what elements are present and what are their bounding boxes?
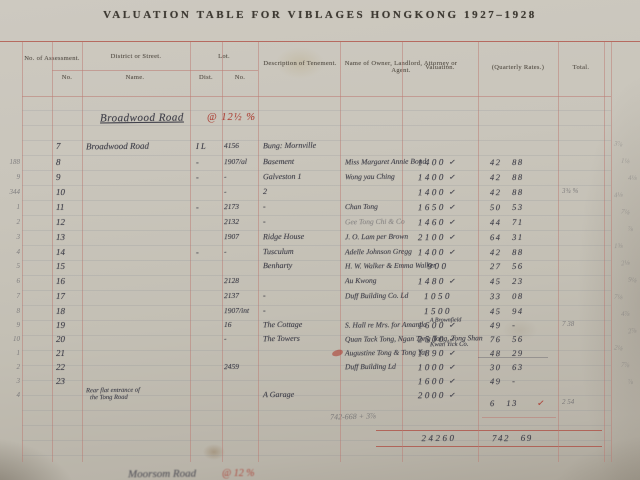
cell-valuation: 1890✓	[408, 348, 468, 359]
cell-lot-dist: -	[196, 157, 199, 167]
cell-quarterly-rate: 44 71	[490, 217, 524, 227]
tick-mark: ✓	[448, 276, 458, 286]
cell-quarterly-rate: 49 -	[490, 376, 517, 386]
cell-description: 2	[263, 187, 267, 196]
cell-description: -	[263, 291, 266, 300]
top-red-rule	[0, 41, 640, 42]
ledger-line	[22, 125, 611, 126]
margin-pencil-fraction: 4⅛	[628, 174, 637, 182]
cell-total-pencil: 7 38	[562, 320, 574, 328]
cell-description: Galveston 1	[263, 172, 302, 181]
col-header-lot-group: Lot.	[190, 53, 258, 60]
cell-assessment-no: 9	[2, 173, 20, 181]
cell-street-name-2: the Tong Road	[90, 394, 128, 401]
margin-pencil-fraction: 7⅛	[620, 207, 630, 216]
cell-lot-dist: -	[196, 247, 199, 257]
cell-street-no: 23	[56, 376, 65, 386]
cell-quarterly-rate: 48 29	[490, 348, 524, 358]
col-header-valuation: Valuation.	[402, 64, 478, 71]
cell-owner-name: Gee Tong Chi & Co	[345, 217, 405, 227]
cell-assessment-no: 3	[2, 233, 20, 241]
cell-valuation: 1400✓	[408, 172, 468, 183]
cell-street-no: 17	[56, 291, 65, 301]
cell-valuation: 1500	[408, 306, 468, 317]
column-rule	[82, 42, 83, 462]
cell-street-no: 19	[56, 320, 65, 330]
margin-pencil-fraction: ⅞	[628, 378, 634, 386]
tick-mark: ✓	[448, 217, 458, 227]
cell-assessment-no: 3	[2, 377, 20, 385]
cell-valuation: 1600✓	[408, 376, 468, 387]
cell-lot-no: 2137	[224, 291, 239, 300]
column-rule	[222, 42, 223, 462]
cell-quarterly-rate: 42 88	[490, 157, 524, 167]
cell-lot-dist: -	[196, 202, 199, 212]
ledger-line	[22, 410, 611, 411]
tick-mark: ✓	[448, 348, 458, 358]
cell-valuation: 1600✓	[408, 320, 468, 331]
col-header-district-name: Name.	[100, 74, 170, 81]
cell-description: The Towers	[263, 334, 300, 343]
cell-quarterly-rate: 45 94	[490, 306, 524, 316]
section-street-heading: Broadwood Road	[100, 112, 184, 125]
header-bottom-rule	[22, 96, 611, 97]
margin-pencil-fraction: 4⅞	[621, 310, 630, 318]
column-rule	[52, 42, 53, 462]
cell-street-no: 21	[56, 348, 65, 358]
col-header-lot-no: No.	[222, 74, 258, 81]
footer-street-heading: Moorsom Road	[128, 468, 196, 480]
cell-valuation: 1460✓	[408, 217, 468, 228]
ledger-line	[22, 380, 611, 381]
cell-valuation: 2500✓	[408, 334, 468, 345]
cell-lot-no: 1907/int	[224, 306, 249, 315]
cell-assessment-no: 344	[2, 188, 20, 196]
column-rule	[340, 42, 341, 462]
cell-owner-name: Au Kwong	[345, 276, 377, 285]
cell-assessment-no: 4	[2, 248, 20, 256]
cell-description: A Garage	[263, 390, 294, 399]
cell-quarterly-rate: 49 -	[490, 320, 517, 330]
cell-valuation: 1400✓	[408, 187, 468, 198]
cell-owner-name: Duff Building Co. Ld	[345, 291, 408, 301]
cell-assessment-no: 7	[2, 292, 20, 300]
cell-quarterly-rate: 50 53	[490, 202, 524, 212]
cell-lot-no: 2128	[224, 276, 239, 285]
cell-street-no: 20	[56, 334, 65, 344]
cell-description: -	[263, 217, 266, 226]
tick-mark: ✓	[448, 187, 458, 197]
cell-lot-no: -	[224, 247, 227, 256]
cell-lot-no: -	[224, 187, 227, 196]
cell-valuation: 1050	[408, 291, 468, 302]
cell-valuation: 900	[408, 261, 468, 272]
cell-street-name: Broadwood Road	[86, 141, 149, 152]
cell-assessment-no: 9	[2, 321, 20, 329]
cell-description: Bung: Mornville	[263, 141, 316, 151]
margin-pencil-fraction: 7⅛	[614, 293, 623, 301]
cell-assessment-no: 10	[2, 335, 20, 343]
red-tick-mark: ✓	[536, 398, 545, 410]
cell-lot-no: -	[224, 334, 227, 343]
margin-pencil-fraction: 2⅞	[628, 326, 638, 335]
cell-lot-no: 16	[224, 320, 232, 329]
cell-description: The Cottage	[263, 320, 302, 329]
cell-valuation: 1000✓	[408, 362, 468, 373]
cell-lot-no: -	[224, 172, 227, 181]
column-rule	[604, 42, 605, 462]
totals-rates: 742 69	[492, 433, 533, 443]
page-title: VALUATION TABLE FOR VIBLAGES HONGKONG 19…	[0, 9, 640, 21]
section-rate-note: @ 12½ %	[207, 112, 256, 123]
cell-valuation: 2000✓	[408, 390, 468, 401]
cell-total-pencil: 3¾ %	[562, 187, 578, 195]
cell-lot-no: 4156	[224, 141, 239, 150]
cell-description: Ridge House	[263, 232, 304, 241]
cell-assessment-no: 2	[2, 218, 20, 226]
margin-pencil-fraction: 1⅛	[621, 157, 630, 165]
cell-assessment-no: 5	[2, 262, 20, 270]
cell-lot-dist: -	[196, 172, 199, 182]
margin-pencil-fraction: ⅞	[628, 225, 634, 233]
cell-description: -	[263, 202, 266, 211]
cell-quarterly-rate: 42 88	[490, 172, 524, 182]
col-header-district-no: No.	[52, 74, 82, 81]
cell-description: -	[263, 306, 266, 315]
ledger-line	[22, 425, 611, 426]
ledger-page-photo: VALUATION TABLE FOR VIBLAGES HONGKONG 19…	[0, 0, 640, 480]
totals-valuation: 24260	[404, 433, 474, 444]
margin-pencil-fraction: 1⅜	[614, 242, 623, 250]
cell-valuation: 1400✓	[408, 247, 468, 258]
col-header-district-group: District or Street.	[82, 53, 190, 60]
cell-owner-name: J. O. Lam per Brown	[345, 232, 408, 242]
tick-mark: ✓	[448, 320, 458, 330]
margin-pencil-fraction: 3⅞	[613, 139, 623, 148]
garage-rate-rule	[482, 417, 556, 418]
cell-lot-no: 1907/al	[224, 157, 247, 166]
col-header-rates: (Quarterly Rates.)	[478, 64, 558, 71]
tick-mark: ✓	[448, 202, 458, 212]
ledger-line	[22, 110, 611, 111]
cell-street-no: 8	[56, 157, 61, 167]
cell-valuation: 1480✓	[408, 276, 468, 287]
cell-quarterly-rate: 45 23	[490, 276, 524, 286]
cell-quarterly-rate: 42 88	[490, 187, 524, 197]
cell-assessment-no: 2	[2, 363, 20, 371]
cell-quarterly-rate: 6 13	[490, 398, 518, 408]
cell-quarterly-rate: 30 63	[490, 362, 524, 372]
ledger-line	[22, 455, 611, 456]
cell-description: Benharty	[263, 261, 292, 270]
cell-assessment-no: 188	[2, 158, 20, 166]
cell-street-no: 10	[56, 187, 65, 197]
cell-street-no: 11	[56, 202, 64, 212]
cell-street-no: 14	[56, 247, 65, 257]
cell-assessment-no: 8	[2, 307, 20, 315]
tick-mark: ✓	[448, 376, 458, 386]
cell-quarterly-rate: 27 56	[490, 261, 524, 271]
column-rule	[22, 42, 23, 462]
tick-mark: ✓	[448, 334, 458, 344]
col-header-total: Total.	[558, 64, 604, 71]
cell-lot-no: 2459	[224, 362, 239, 371]
tick-mark: ✓	[448, 390, 458, 400]
margin-pencil-fraction: 2⅛	[621, 258, 631, 267]
ledger-line	[22, 440, 611, 441]
column-rule	[190, 42, 191, 462]
pencil-working-note: 742-668 + 3⅞	[330, 411, 376, 421]
cell-description: Tusculum	[263, 247, 294, 256]
tick-mark: ✓	[448, 362, 458, 372]
tick-mark: ✓	[448, 172, 458, 182]
cell-street-no: 13	[56, 232, 65, 242]
totals-bottom-rule	[376, 446, 602, 447]
cell-owner-name: Adelle Johnson Gregg	[345, 247, 412, 257]
cell-lot-no: 2173	[224, 202, 239, 211]
cell-street-no: 7	[56, 141, 61, 151]
column-rule	[478, 42, 479, 462]
cell-valuation: 2100✓	[408, 232, 468, 243]
column-rule	[258, 42, 259, 462]
col-header-description: Description of Tenement.	[261, 60, 339, 67]
cell-quarterly-rate: 64 31	[490, 232, 524, 242]
cell-owner-name: Duff Building Ld	[345, 362, 396, 372]
cell-quarterly-rate: 76 56	[490, 334, 524, 344]
cell-owner-name: Chan Tong	[345, 202, 378, 211]
column-rule	[558, 42, 559, 462]
cell-description: Basement	[263, 157, 294, 166]
cell-street-no: 16	[56, 276, 65, 286]
margin-pencil-fraction: 7⅞	[621, 361, 630, 369]
margin-pencil-fraction: 9⅛	[627, 275, 637, 284]
cell-valuation: 1400✓	[408, 157, 468, 168]
ledger-line	[22, 320, 611, 321]
cell-owner-name: Wong yau Ching	[345, 172, 395, 182]
totals-top-rule	[376, 430, 602, 431]
cell-lot-no: 1907	[224, 232, 239, 241]
margin-pencil-fraction: 4⅛	[614, 190, 624, 199]
cell-assessment-no: 1	[2, 203, 20, 211]
column-rule	[611, 42, 612, 462]
tick-mark: ✓	[448, 232, 458, 242]
footer-rate-note: @ 12 %	[222, 468, 255, 479]
cell-lot-dist: I L	[196, 141, 206, 151]
cell-total-pencil: 2 54	[562, 398, 574, 406]
cell-quarterly-rate: 42 88	[490, 247, 524, 257]
cell-street-no: 22	[56, 362, 65, 372]
cell-valuation: 1650✓	[408, 202, 468, 213]
header-sub-rule	[52, 70, 258, 71]
cell-street-no: 18	[56, 306, 65, 316]
cell-assessment-no: 4	[2, 391, 20, 399]
cell-assessment-no: 1	[2, 349, 20, 357]
tick-mark: ✓	[448, 247, 458, 257]
tick-mark: ✓	[448, 157, 458, 167]
cell-lot-no: 2132	[224, 217, 239, 226]
cell-street-no: 15	[56, 261, 65, 271]
margin-pencil-fraction: 2⅛	[613, 343, 623, 352]
col-header-lot-dist: Dist.	[190, 74, 222, 81]
cell-street-no: 12	[56, 217, 65, 227]
cell-assessment-no: 6	[2, 277, 20, 285]
cell-street-no: 9	[56, 172, 61, 182]
cell-quarterly-rate: 33 08	[490, 291, 524, 301]
